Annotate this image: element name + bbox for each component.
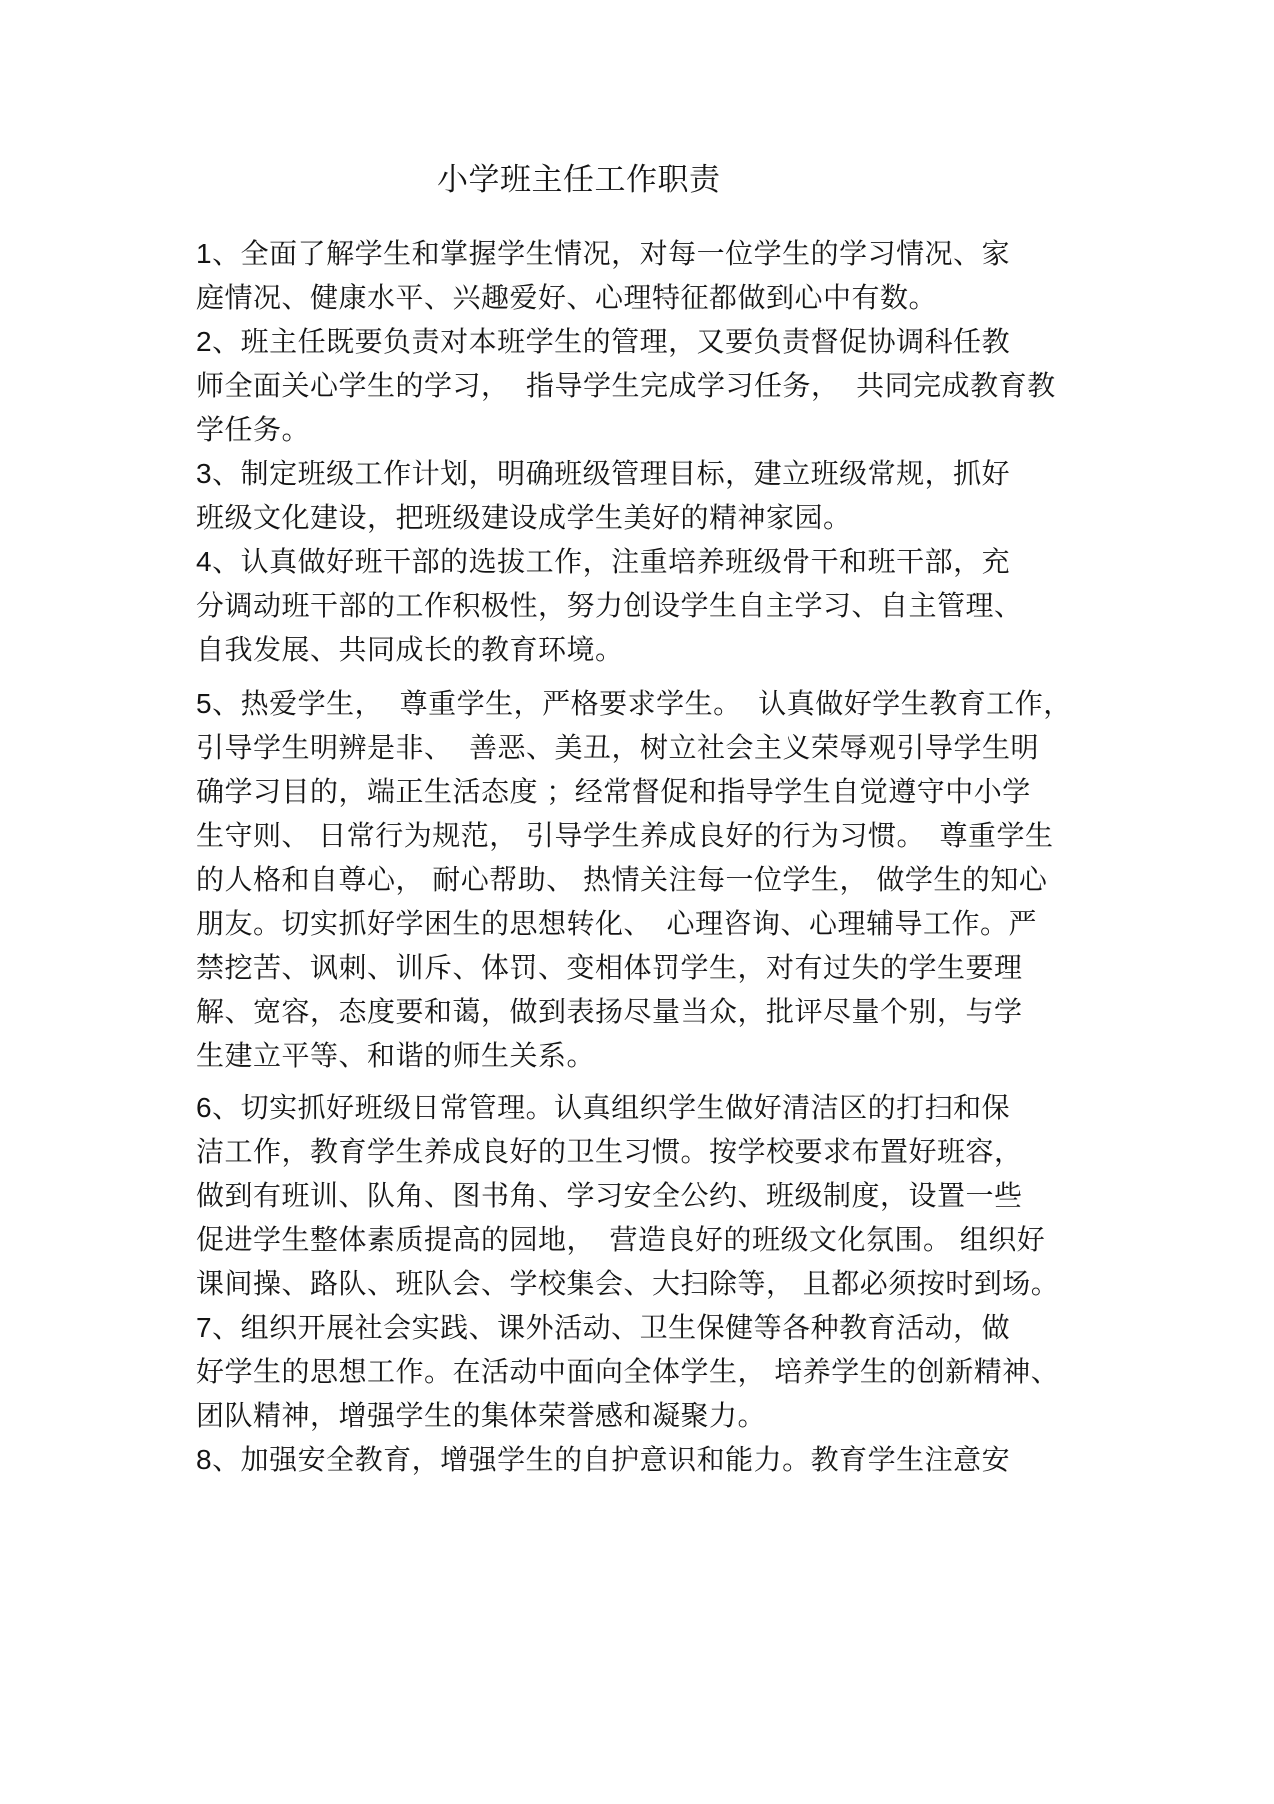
document-page: 小学班主任工作职责 1、全面了解学生和掌握学生情况，对每一位学生的学习情况、家 …	[0, 0, 1274, 1804]
text-line: 6、切实抓好班级日常管理。认真组织学生做好清洁区的打扫和保	[196, 1086, 1074, 1130]
paragraph-6: 6、切实抓好班级日常管理。认真组织学生做好清洁区的打扫和保 洁工作，教育学生养成…	[196, 1086, 1074, 1306]
document-title: 小学班主任工作职责	[437, 158, 1074, 202]
text-line: 洁工作，教育学生养成良好的卫生习惯。按学校要求布置好班容，	[196, 1130, 1074, 1174]
text-line: 团队精神，增强学生的集体荣誉感和凝聚力。	[196, 1394, 1074, 1438]
text-line: 5、热爱学生， 尊重学生，严格要求学生。 认真做好学生教育工作，	[196, 682, 1074, 726]
paragraph-8: 8、加强安全教育，增强学生的自护意识和能力。教育学生注意安	[196, 1438, 1074, 1482]
text-line: 朋友。切实抓好学困生的思想转化、 心理咨询、心理辅导工作。严	[196, 902, 1074, 946]
paragraph-7: 7、组织开展社会实践、课外活动、卫生保健等各种教育活动，做 好学生的思想工作。在…	[196, 1306, 1074, 1438]
text-line: 确学习目的，端正生活态度 ；经常督促和指导学生自觉遵守中小学	[196, 770, 1074, 814]
paragraph-3: 3、制定班级工作计划，明确班级管理目标，建立班级常规，抓好 班级文化建设，把班级…	[196, 452, 1074, 540]
text-line: 课间操、路队、班队会、学校集会、大扫除等， 且都必须按时到场。	[196, 1262, 1074, 1306]
text-line: 班级文化建设，把班级建设成学生美好的精神家园。	[196, 496, 1074, 540]
text-line: 引导学生明辨是非、 善恶、美丑，树立社会主义荣辱观引导学生明	[196, 726, 1074, 770]
text-line: 好学生的思想工作。在活动中面向全体学生， 培养学生的创新精神、	[196, 1350, 1074, 1394]
paragraph-2: 2、班主任既要负责对本班学生的管理，又要负责督促协调科任教 师全面关心学生的学习…	[196, 320, 1074, 452]
text-line: 做到有班训、队角、图书角、学习安全公约、班级制度，设置一些	[196, 1174, 1074, 1218]
text-line: 7、组织开展社会实践、课外活动、卫生保健等各种教育活动，做	[196, 1306, 1074, 1350]
text-line: 禁挖苦、讽刺、训斥、体罚、变相体罚学生，对有过失的学生要理	[196, 946, 1074, 990]
text-line: 2、班主任既要负责对本班学生的管理，又要负责督促协调科任教	[196, 320, 1074, 364]
paragraph-4: 4、认真做好班干部的选拔工作，注重培养班级骨干和班干部，充 分调动班干部的工作积…	[196, 540, 1074, 672]
text-line: 生建立平等、和谐的师生关系。	[196, 1034, 1074, 1078]
text-line: 自我发展、共同成长的教育环境。	[196, 628, 1074, 672]
text-line: 1、全面了解学生和掌握学生情况，对每一位学生的学习情况、家	[196, 232, 1074, 276]
text-line: 8、加强安全教育，增强学生的自护意识和能力。教育学生注意安	[196, 1438, 1074, 1482]
text-line: 学任务。	[196, 408, 1074, 452]
text-line: 分调动班干部的工作积极性，努力创设学生自主学习、自主管理、	[196, 584, 1074, 628]
text-line: 的人格和自尊心， 耐心帮助、 热情关注每一位学生， 做学生的知心	[196, 858, 1074, 902]
text-line: 4、认真做好班干部的选拔工作，注重培养班级骨干和班干部，充	[196, 540, 1074, 584]
text-line: 3、制定班级工作计划，明确班级管理目标，建立班级常规，抓好	[196, 452, 1074, 496]
text-line: 师全面关心学生的学习， 指导学生完成学习任务， 共同完成教育教	[196, 364, 1074, 408]
paragraph-1: 1、全面了解学生和掌握学生情况，对每一位学生的学习情况、家 庭情况、健康水平、兴…	[196, 232, 1074, 320]
text-line: 解、宽容，态度要和蔼，做到表扬尽量当众，批评尽量个别，与学	[196, 990, 1074, 1034]
text-line: 促进学生整体素质提高的园地， 营造良好的班级文化氛围。 组织好	[196, 1218, 1074, 1262]
paragraph-5: 5、热爱学生， 尊重学生，严格要求学生。 认真做好学生教育工作， 引导学生明辨是…	[196, 682, 1074, 1078]
text-line: 生守则、 日常行为规范， 引导学生养成良好的行为习惯。 尊重学生	[196, 814, 1074, 858]
text-line: 庭情况、健康水平、兴趣爱好、心理特征都做到心中有数。	[196, 276, 1074, 320]
